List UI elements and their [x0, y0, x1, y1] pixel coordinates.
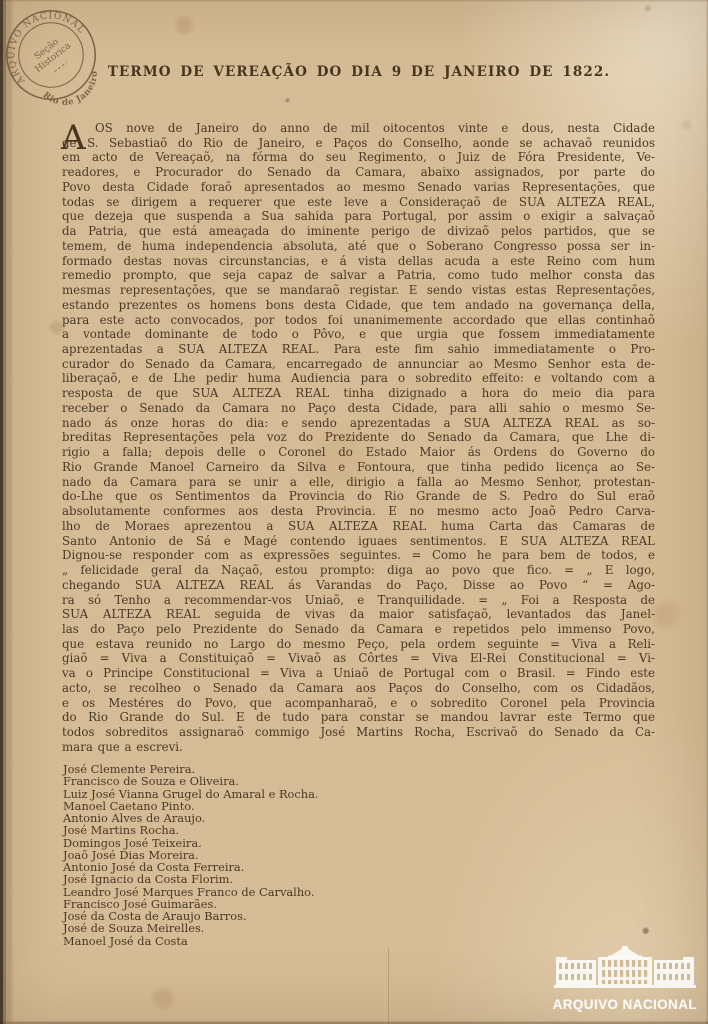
body-line: lho de Moraes aprezentou a SUA ALTEZA RE…	[62, 519, 655, 534]
scanned-document-page: ARQUIVO NACIONAL Rio de Janeiro Seção Hi…	[0, 0, 708, 1024]
arquivo-nacional-watermark-label: ARQUIVO NACIONAL	[553, 997, 697, 1012]
body-line: breditas Representações pela voz do Prez…	[62, 430, 655, 445]
body-line: absolutamente conformes aos desta Provin…	[62, 504, 655, 519]
body-line: va o Principe Constitucional = Viva a Un…	[62, 666, 655, 681]
body-line: curador do Senado da Camara, encarregado…	[62, 357, 655, 372]
body-line: Dignou-se responder com as expressões se…	[62, 548, 655, 563]
body-line: rigio a falla; depois delle o Coronel do…	[62, 445, 655, 460]
archive-stamp-icon: ARQUIVO NACIONAL Rio de Janeiro Seção Hi…	[1, 5, 101, 105]
body-line: acto, se recolheo o Senado da Camara aos…	[62, 681, 655, 696]
body-line: do-Lhe que os Sentimentos da Provincia d…	[62, 489, 655, 504]
signature-line: Domingos José Teixeira.	[63, 837, 483, 849]
document-title: TERMO DE VEREAÇÃO DO DIA 9 DE JANEIRO DE…	[10, 64, 708, 80]
body-line: de S. Sebastiaõ do Rio de Janeiro, e Paç…	[62, 136, 655, 151]
body-line: para este acto convocados, por todos foi…	[62, 313, 655, 328]
signature-line: Leandro José Marques Franco de Carvalho.	[63, 886, 483, 898]
archive-stamp: ARQUIVO NACIONAL Rio de Janeiro Seção Hi…	[1, 5, 101, 105]
body-line: em acto de Vereaçaõ, na fórma do seu Reg…	[62, 150, 655, 165]
body-line: a vontade dominante de todo o Pôvo, e qu…	[62, 327, 655, 342]
signature-line: José Ignacio da Costa Florim.	[63, 873, 483, 885]
body-line: Santo Antonio de Sá e Magé contendo igua…	[62, 534, 655, 549]
body-line: todos sobreditos assignaraõ commigo José…	[62, 725, 655, 740]
body-line: que estava reunido no Largo do mesmo Peç…	[62, 637, 655, 652]
body-line: aprezentadas a SUA ALTEZA REAL. Para est…	[62, 342, 655, 357]
body-line: do Rio Grande do Sul. E de tudo para con…	[62, 710, 655, 725]
body-line: Rio Grande Manoel Carneiro da Silva e Fo…	[62, 460, 655, 475]
body-line: nado da Camara para se unir a elle, diri…	[62, 475, 655, 490]
body-line: chegando SUA ALTEZA REAL ás Varandas do …	[62, 578, 655, 593]
body-line: todas se dirigem a requerer que este lev…	[62, 195, 655, 210]
body-line: Povo desta Cidade foraõ apresentados ao …	[62, 180, 655, 195]
body-line: ra só Tenho a recommendar-vos Uniaõ, e T…	[62, 593, 655, 608]
signature-line: José Martins Rocha.	[63, 824, 483, 836]
signature-line: Francisco de Souza e Oliveira.	[63, 775, 483, 787]
body-line: giaõ = Viva a Constituiçaõ = Vivaõ as Cô…	[62, 651, 655, 666]
body-line: OS nove de Janeiro do anno de mil oitoce…	[62, 121, 655, 136]
body-line: mesmas representações, que se mandaraõ r…	[62, 283, 655, 298]
body-line: estando prezentes os homens bons desta C…	[62, 298, 655, 313]
signature-line: Luiz José Vianna Grugel do Amaral e Roch…	[63, 788, 483, 800]
body-line: „ felicidade geral da Naçaõ, estou promp…	[62, 563, 655, 578]
body-line: formado destas novas circunstancias, e á…	[62, 254, 655, 269]
body-line: temem, de huma independencia absoluta, a…	[62, 239, 655, 254]
paper-crease	[388, 948, 389, 1024]
body-line: remedio prompto, que seja capaz de salva…	[62, 268, 655, 283]
signature-line: José de Souza Meirelles.	[63, 922, 483, 934]
body-line: nado ás onze horas do dia: e sendo aprez…	[62, 416, 655, 431]
body-line: receber o Senado da Camara no Paço desta…	[62, 401, 655, 416]
body-line: liberaçaõ, e de Lhe pedir huma Audiencia…	[62, 371, 655, 386]
body-line: SUA ALTEZA REAL seguida de vivas da maio…	[62, 607, 655, 622]
arquivo-nacional-building-icon	[554, 946, 696, 990]
body-line: readores, e Procurador do Senado da Cama…	[62, 165, 655, 180]
body-line: que dezeja que suspenda a Sua sahida par…	[62, 209, 655, 224]
body-line: e os Mestéres do Povo, que acompanharaõ,…	[62, 696, 655, 711]
body-line: las do Paço pelo Prezidente do Senado da…	[62, 622, 655, 637]
signature-list: José Clemente Pereira.Francisco de Souza…	[63, 763, 483, 947]
body-line: mara que a escrevi.	[62, 740, 655, 755]
body-line: resposta de que SUA ALTEZA REAL tinha di…	[62, 386, 655, 401]
signature-line: Manoel José da Costa	[63, 935, 483, 947]
document-body: OS nove de Janeiro do anno de mil oitoce…	[62, 121, 655, 755]
body-line: da Patria, que está ameaçada do iminente…	[62, 224, 655, 239]
